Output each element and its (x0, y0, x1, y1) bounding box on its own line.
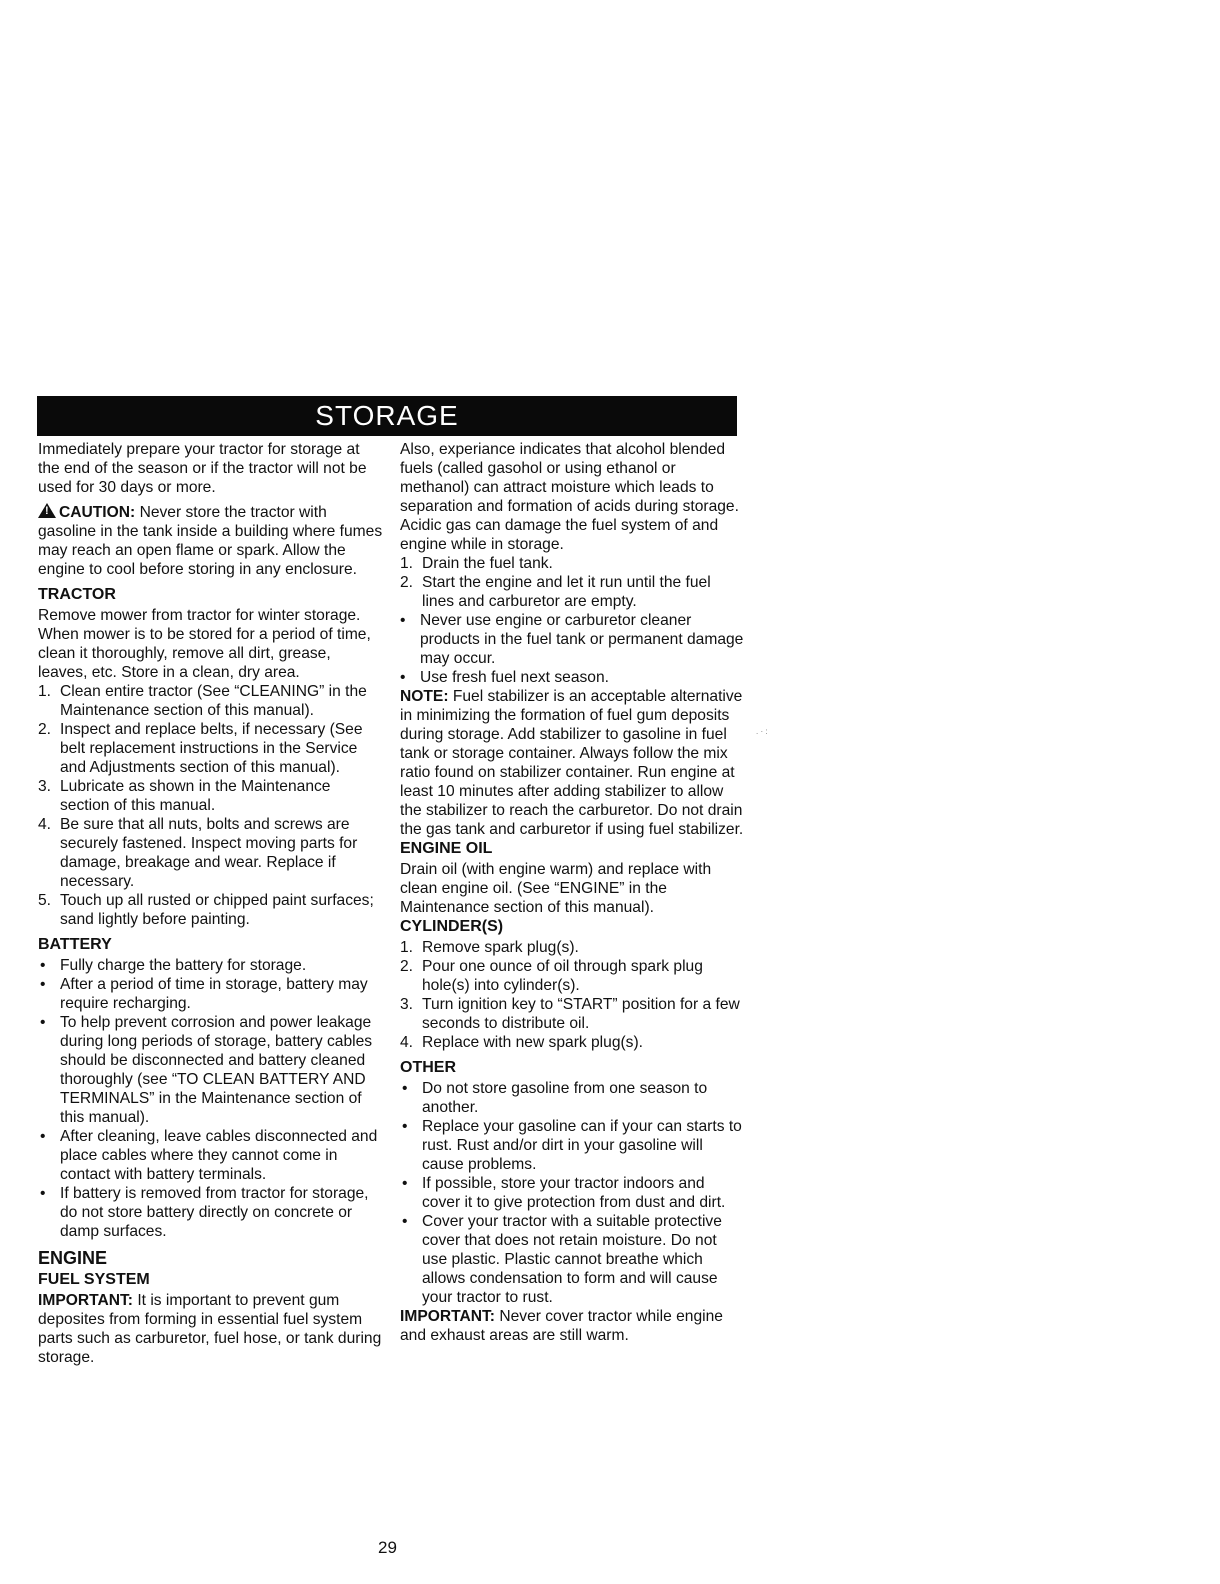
bullet-text: After a period of time in storage, batte… (60, 976, 368, 1012)
other-important-paragraph: IMPORTANT: Never cover tractor while eng… (400, 1307, 745, 1345)
tractor-paragraph: Remove mower from tractor for winter sto… (38, 606, 383, 682)
step-number: 1. (38, 682, 51, 701)
list-item: 3.Turn ignition key to “START” position … (400, 995, 745, 1033)
section-title-banner: STORAGE (37, 396, 737, 436)
bullet-icon: • (40, 1013, 45, 1032)
fuel-important-paragraph: IMPORTANT: It is important to prevent gu… (38, 1291, 383, 1367)
step-text: Lubricate as shown in the Maintenance se… (60, 778, 330, 814)
bullet-icon: • (40, 975, 45, 994)
tractor-steps: 1.Clean entire tractor (See “CLEANING” i… (38, 682, 383, 929)
fuel-bullets: •Never use engine or carburetor cleaner … (400, 611, 745, 687)
battery-bullets: •Fully charge the battery for storage. •… (38, 956, 383, 1241)
step-text: Be sure that all nuts, bolts and screws … (60, 816, 357, 890)
warning-triangle-icon (38, 503, 56, 518)
bullet-text: Use fresh fuel next season. (420, 669, 609, 686)
caution-paragraph: CAUTION: Never store the tractor with ga… (38, 503, 383, 579)
step-text: Remove spark plug(s). (422, 939, 579, 956)
intro-paragraph: Immediately prepare your tractor for sto… (38, 440, 383, 497)
page-number: 29 (378, 1538, 397, 1558)
bullet-icon: • (402, 1117, 407, 1136)
bullet-text: After cleaning, leave cables disconnecte… (60, 1128, 377, 1183)
step-text: Clean entire tractor (See “CLEANING” in … (60, 683, 367, 719)
heading-battery: BATTERY (38, 935, 383, 954)
bullet-text: Fully charge the battery for storage. (60, 957, 306, 974)
list-item: •Fully charge the battery for storage. (38, 956, 383, 975)
list-item: •Do not store gasoline from one season t… (400, 1079, 745, 1117)
bullet-text: If battery is removed from tractor for s… (60, 1185, 369, 1240)
alcohol-fuel-paragraph: Also, experiance indicates that alcohol … (400, 440, 745, 554)
bullet-text: Cover your tractor with a suitable prote… (422, 1213, 722, 1306)
step-number: 1. (400, 554, 413, 573)
cylinder-steps: 1.Remove spark plug(s). 2.Pour one ounce… (400, 938, 745, 1052)
list-item: 1.Remove spark plug(s). (400, 938, 745, 957)
other-bullets: •Do not store gasoline from one season t… (400, 1079, 745, 1307)
step-number: 5. (38, 891, 51, 910)
step-number: 2. (400, 957, 413, 976)
bullet-text: Do not store gasoline from one season to… (422, 1080, 707, 1116)
note-paragraph: NOTE: Fuel stabilizer is an acceptable a… (400, 687, 745, 839)
step-number: 4. (38, 815, 51, 834)
heading-fuel-system: FUEL SYSTEM (38, 1270, 383, 1289)
important-label: IMPORTANT: (38, 1292, 133, 1309)
list-item: •After cleaning, leave cables disconnect… (38, 1127, 383, 1184)
list-item: 4.Be sure that all nuts, bolts and screw… (38, 815, 383, 891)
bullet-icon: • (40, 1127, 45, 1146)
heading-other: OTHER (400, 1058, 745, 1077)
step-number: 2. (400, 573, 413, 592)
list-item: 1.Drain the fuel tank. (400, 554, 745, 573)
fuel-steps: 1.Drain the fuel tank. 2.Start the engin… (400, 554, 745, 611)
step-number: 4. (400, 1033, 413, 1052)
bullet-icon: • (402, 1174, 407, 1193)
list-item: •Never use engine or carburetor cleaner … (400, 611, 745, 668)
step-text: Inspect and replace belts, if necessary … (60, 721, 363, 776)
bullet-icon: • (402, 1079, 407, 1098)
important-label: IMPORTANT: (400, 1308, 495, 1325)
bullet-icon: • (400, 668, 405, 687)
heading-engine-oil: ENGINE OIL (400, 839, 745, 858)
scan-specks: . · : (756, 727, 768, 736)
list-item: •If possible, store your tractor indoors… (400, 1174, 745, 1212)
step-text: Replace with new spark plug(s). (422, 1034, 643, 1051)
list-item: 2.Inspect and replace belts, if necessar… (38, 720, 383, 777)
caution-label: CAUTION: (59, 504, 135, 521)
step-number: 3. (400, 995, 413, 1014)
heading-tractor: TRACTOR (38, 585, 383, 604)
section-title: STORAGE (315, 400, 458, 431)
list-item: 5.Touch up all rusted or chipped paint s… (38, 891, 383, 929)
heading-engine: ENGINE (38, 1249, 383, 1268)
list-item: 1.Clean entire tractor (See “CLEANING” i… (38, 682, 383, 720)
list-item: 2.Pour one ounce of oil through spark pl… (400, 957, 745, 995)
step-number: 1. (400, 938, 413, 957)
step-number: 3. (38, 777, 51, 796)
list-item: 2.Start the engine and let it run until … (400, 573, 745, 611)
list-item: •Use fresh fuel next season. (400, 668, 745, 687)
list-item: 3.Lubricate as shown in the Maintenance … (38, 777, 383, 815)
step-text: Start the engine and let it run until th… (422, 574, 711, 610)
note-text: Fuel stabilizer is an acceptable alterna… (400, 688, 743, 838)
list-item: •Cover your tractor with a suitable prot… (400, 1212, 745, 1307)
bullet-icon: • (40, 956, 45, 975)
bullet-text: To help prevent corrosion and power leak… (60, 1014, 372, 1126)
step-text: Turn ignition key to “START” position fo… (422, 996, 740, 1032)
right-column: Also, experiance indicates that alcohol … (400, 440, 745, 1351)
list-item: •Replace your gasoline can if your can s… (400, 1117, 745, 1174)
bullet-icon: • (400, 611, 405, 630)
bullet-text: If possible, store your tractor indoors … (422, 1175, 725, 1211)
step-text: Touch up all rusted or chipped paint sur… (60, 892, 374, 928)
step-text: Pour one ounce of oil through spark plug… (422, 958, 703, 994)
note-label: NOTE: (400, 688, 449, 705)
heading-cylinders: CYLINDER(S) (400, 917, 745, 936)
list-item: •If battery is removed from tractor for … (38, 1184, 383, 1241)
step-number: 2. (38, 720, 51, 739)
left-column: Immediately prepare your tractor for sto… (38, 440, 383, 1373)
step-text: Drain the fuel tank. (422, 555, 553, 572)
list-item: •To help prevent corrosion and power lea… (38, 1013, 383, 1127)
list-item: 4.Replace with new spark plug(s). (400, 1033, 745, 1052)
engine-oil-paragraph: Drain oil (with engine warm) and replace… (400, 860, 745, 917)
bullet-text: Replace your gasoline can if your can st… (422, 1118, 742, 1173)
bullet-icon: • (40, 1184, 45, 1203)
list-item: •After a period of time in storage, batt… (38, 975, 383, 1013)
bullet-icon: • (402, 1212, 407, 1231)
bullet-text: Never use engine or carburetor cleaner p… (420, 612, 743, 667)
